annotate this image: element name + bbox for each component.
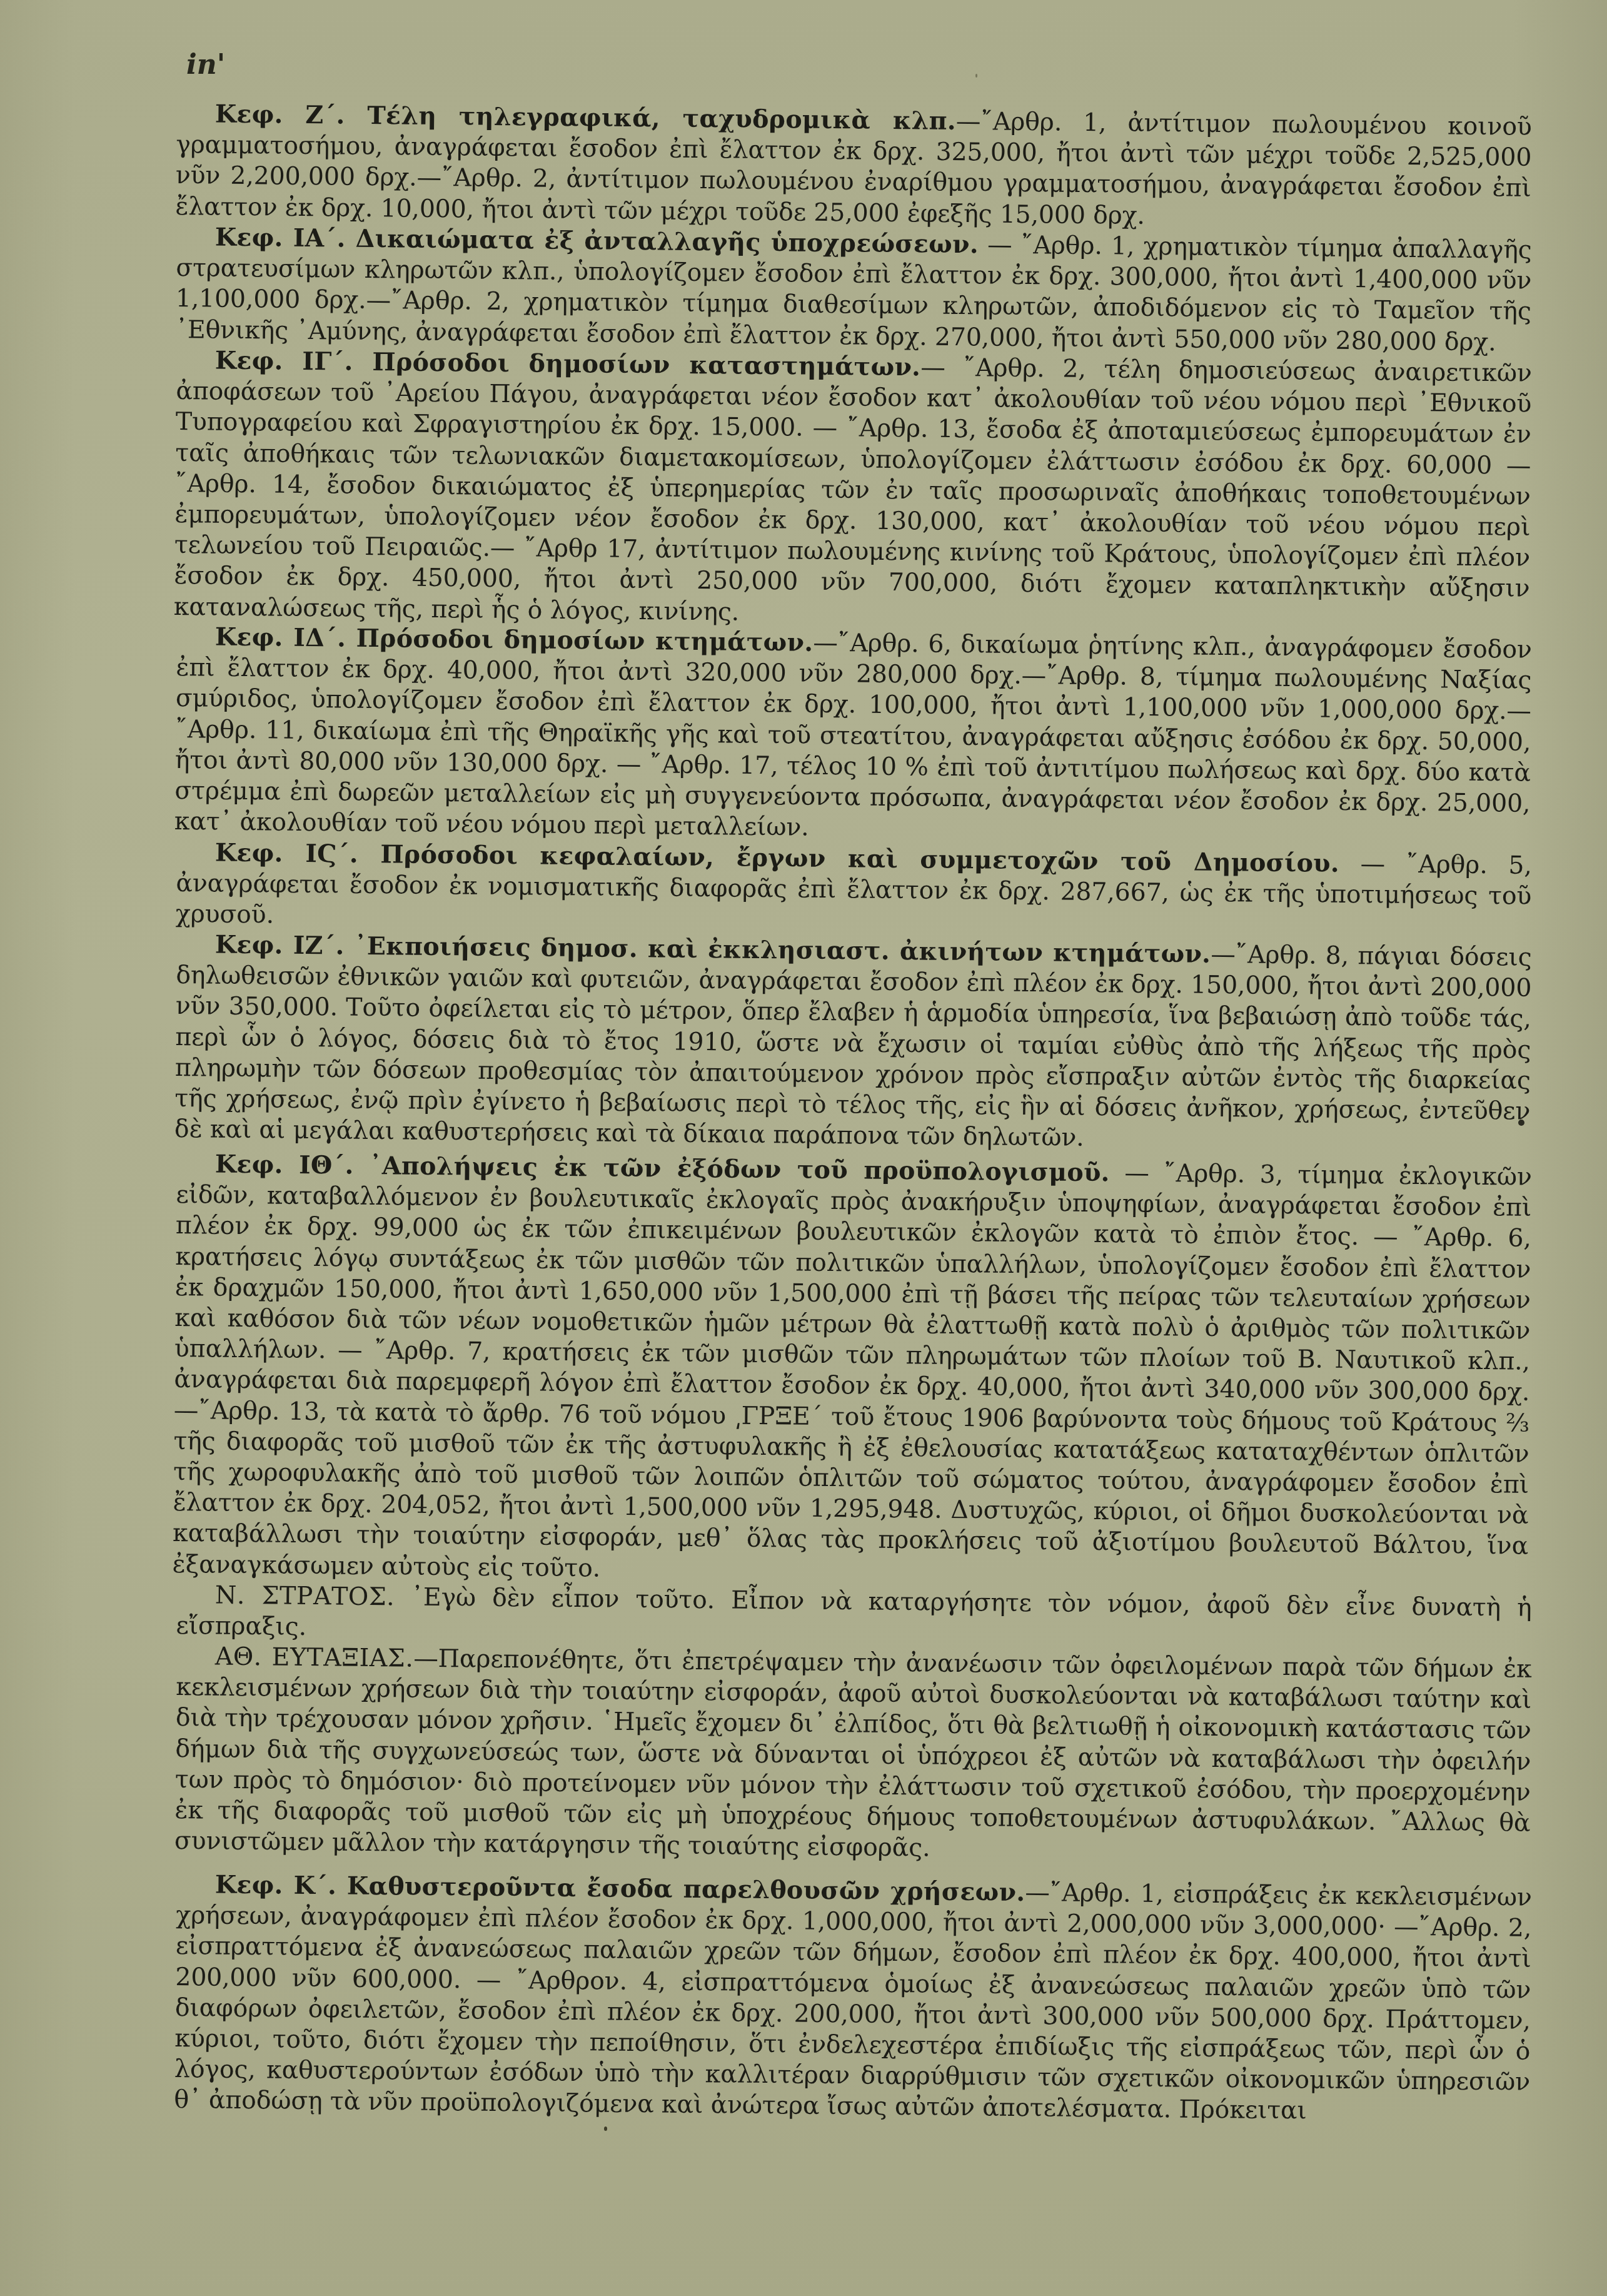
section-text: — ῎Αρθρ. 2, τέλη δημοσιεύσεως ἀναιρετικῶ… xyxy=(174,353,1532,626)
speech-text: —Παρεπονέθητε, ὅτι ἐπετρέψαμεν τὴν ἀνανέ… xyxy=(174,1644,1532,1863)
section-kef-ia: Κεφ. ΙΑ΄. Δικαιώματα ἐξ ἀνταλλαγῆς ὑποχρ… xyxy=(175,222,1532,358)
section-heading: Κεφ. ΙΓ΄. Πρόσοδοι δημοσίων καταστημάτων… xyxy=(215,346,921,382)
section-text: —῎Αρθρ. 6, δικαίωμα ῥητίνης κλπ., ἀναγρά… xyxy=(174,629,1532,842)
section-kef-ig: Κεφ. ΙΓ΄. Πρόσοδοι δημοσίων καταστημάτων… xyxy=(174,345,1532,635)
section-kef-is: Κεφ. ΙϚ΄. Πρόσοδοι κεφαλαίων, ἔργων καὶ … xyxy=(176,837,1532,943)
section-heading: Κεφ. Κ΄. Καθυστεροῦντα ἔσοδα παρελθουσῶν… xyxy=(215,1870,1025,1906)
section-kef-id: Κεφ. ΙΔ΄. Πρόσοδοι δημοσίων κτημάτων.—῎Α… xyxy=(174,622,1532,850)
section-text: — ῎Αρθρ. 3, τίμημα ἐκλογικῶν εἰδῶν, κατα… xyxy=(172,1158,1531,1582)
section-text: —῎Αρθρ. 1, εἰσπράξεις ἐκ κεκλεισμένων χρ… xyxy=(174,1878,1532,2125)
section-kef-ith: Κεφ. ΙΘ΄. ᾿Απολήψεις ἐκ τῶν ἐξόδων τοῦ π… xyxy=(172,1149,1532,1593)
section-text: —῎Αρθρ. 8, πάγιαι δόσεις δηλωθεισῶν ἐθνι… xyxy=(174,940,1532,1152)
speaker-name: ΑΘ. ΕΥΤΑΞΙΑΣ. xyxy=(215,1642,414,1673)
section-kef-z: Κεφ. Ζ΄. Τέλη τηλεγραφικά, ταχυδρομικὰ κ… xyxy=(175,99,1532,235)
page-marker: in' xyxy=(186,49,225,81)
section-heading: Κεφ. ΙΔ΄. Πρόσοδοι δημοσίων κτημάτων. xyxy=(215,623,814,657)
document-body: Κεφ. Ζ΄. Τέλη τηλεγραφικά, ταχυδρομικὰ κ… xyxy=(176,99,1532,2115)
scanned-page: in' Κεφ. Ζ΄. Τέλη τηλεγραφικά, ταχυδρομι… xyxy=(0,0,1607,2296)
section-kef-k: Κεφ. Κ΄. Καθυστεροῦντα ἔσοδα παρελθουσῶν… xyxy=(174,1869,1532,2128)
section-heading: Κεφ. Ζ΄. Τέλη τηλεγραφικά, ταχυδρομικὰ κ… xyxy=(215,100,957,136)
paper-speck xyxy=(975,74,977,78)
section-heading: Κεφ. ΙΑ΄. Δικαιώματα ἐξ ἀνταλλαγῆς ὑποχρ… xyxy=(215,223,979,259)
speaker-name: Ν. ΣΤΡΑΤΟΣ. xyxy=(215,1580,395,1611)
paper-speck xyxy=(604,2127,607,2131)
speech-eutaxias: ΑΘ. ΕΥΤΑΞΙΑΣ.—Παρεπονέθητε, ὅτι ἐπετρέψα… xyxy=(174,1641,1532,1869)
margin-dot-mark xyxy=(1518,1120,1524,1126)
section-kef-iz: Κεφ. ΙΖ΄. ᾿Εκποιήσεις δημοσ. καὶ ἐκκλησι… xyxy=(174,929,1532,1158)
paper-speck xyxy=(1457,857,1459,859)
